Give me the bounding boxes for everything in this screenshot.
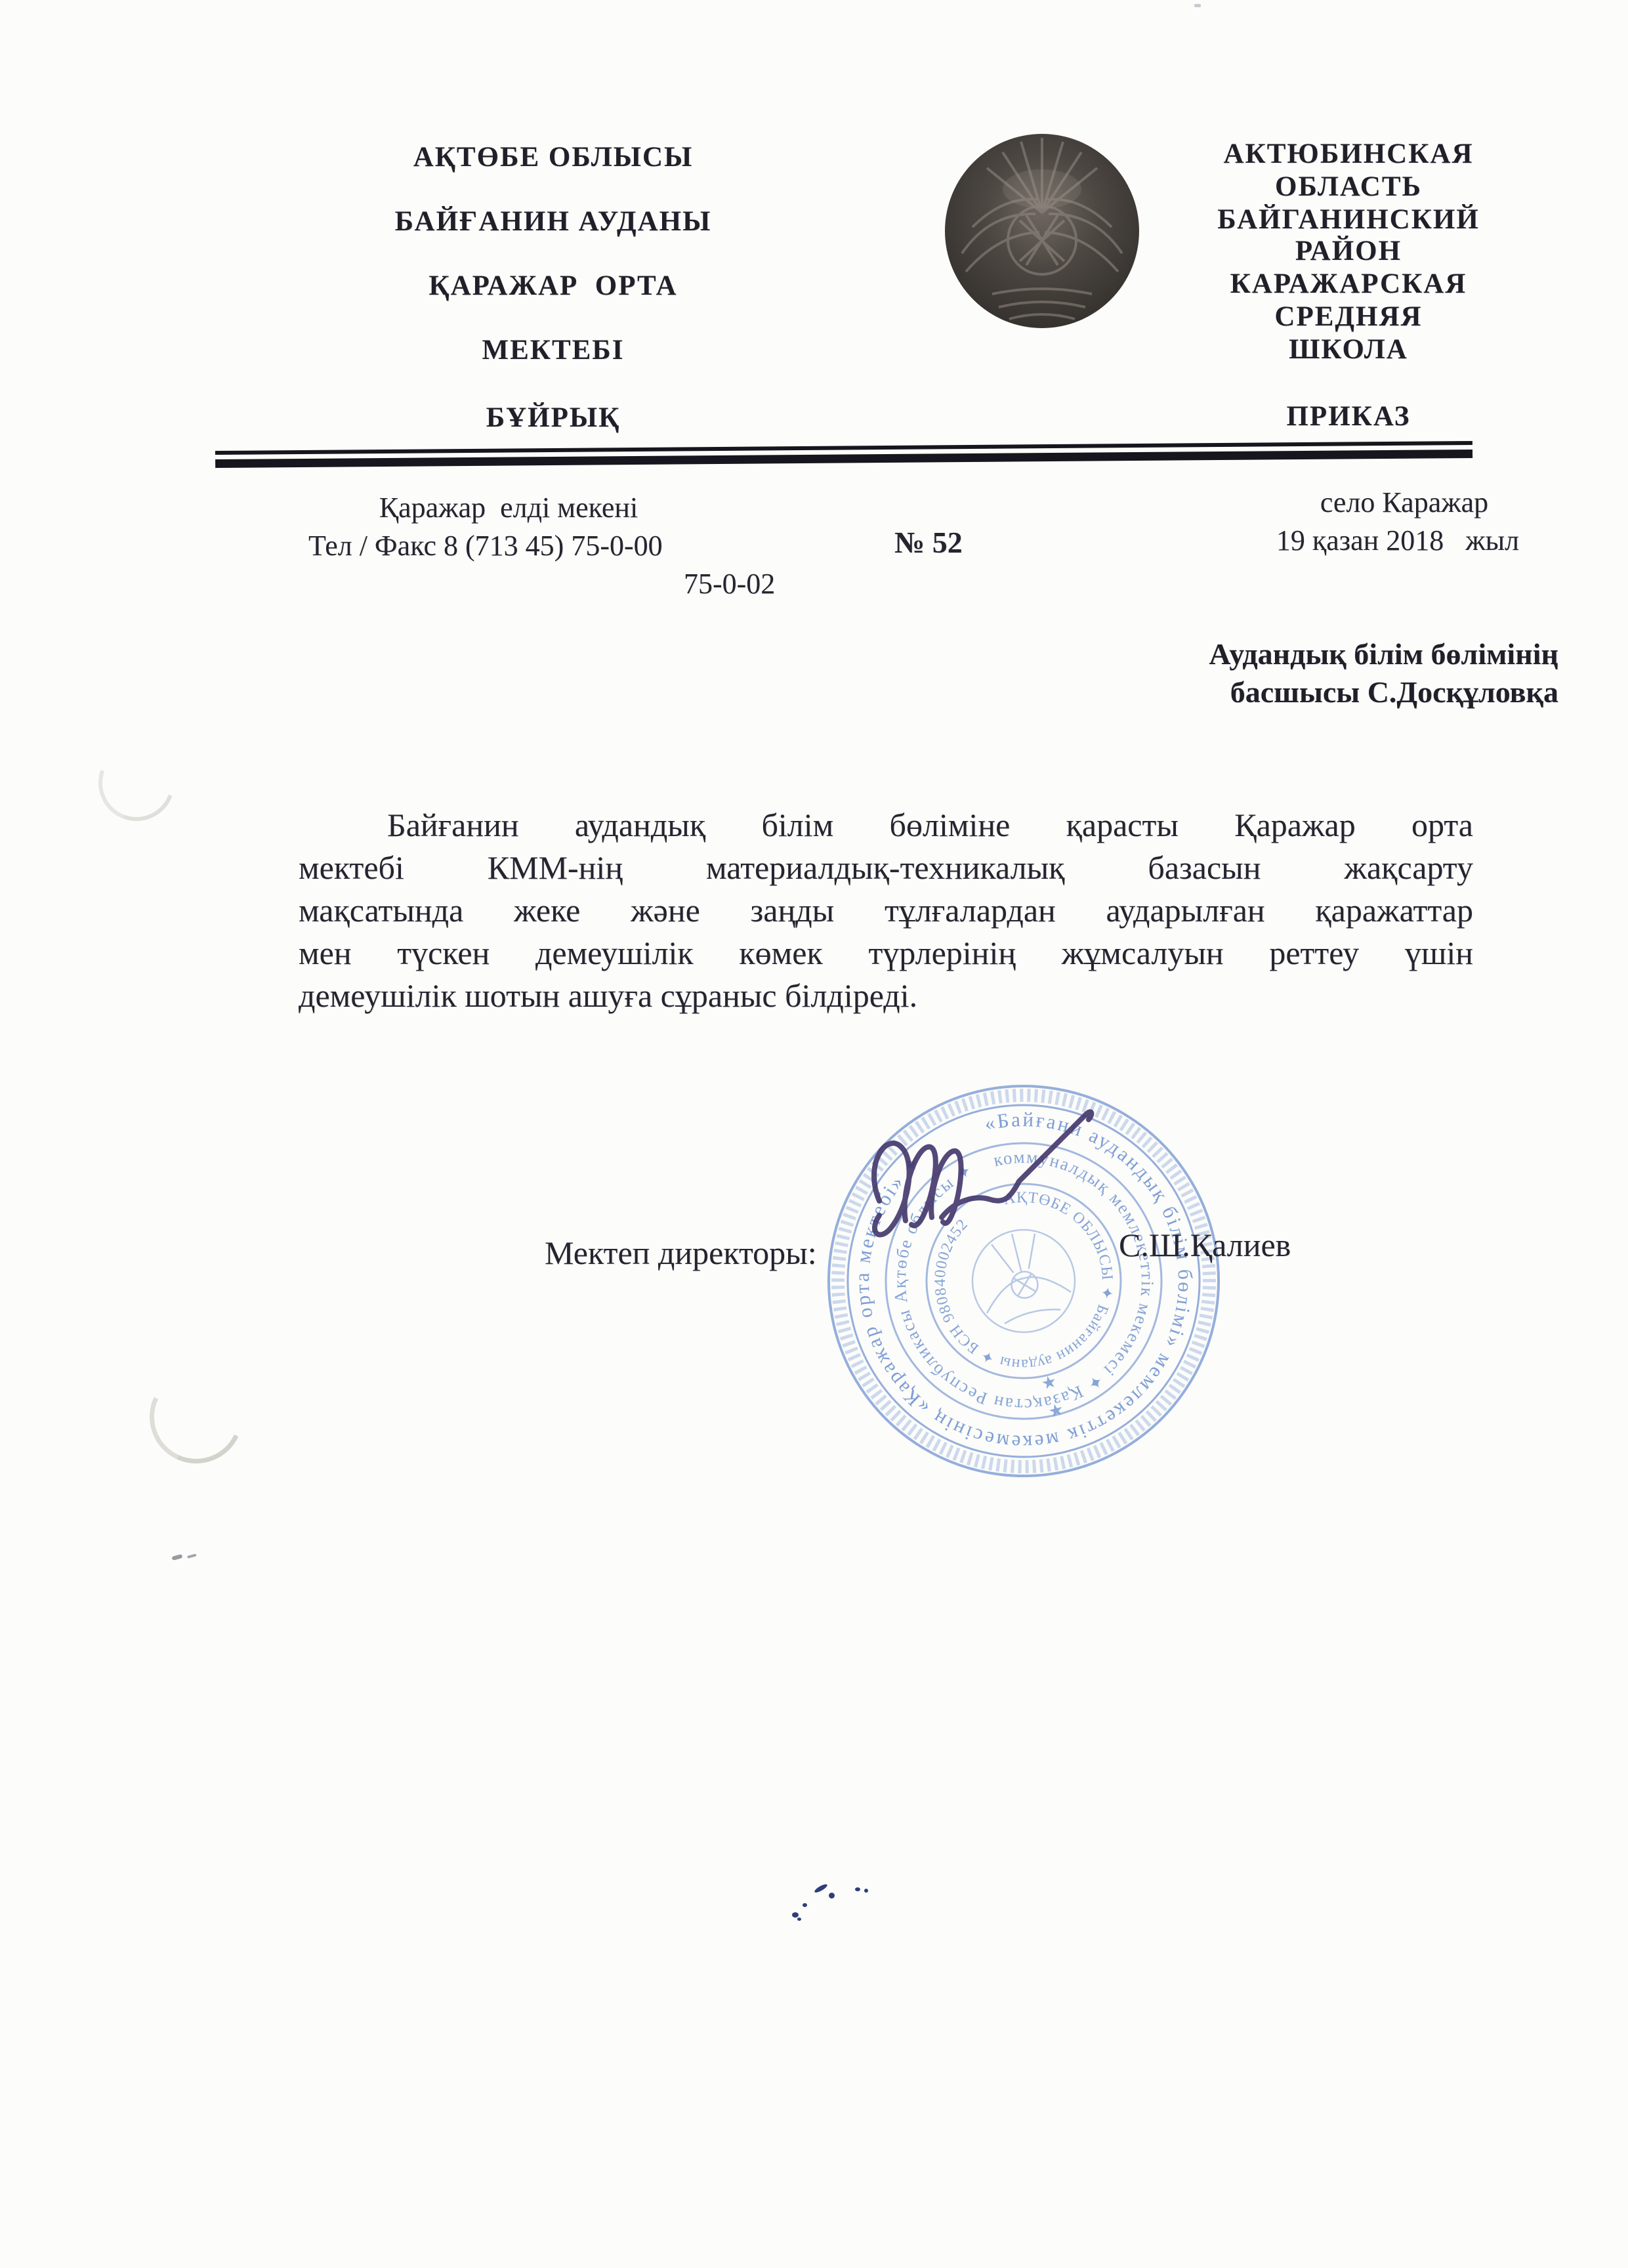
signature-name: С.Ш.Қалиев	[1119, 1226, 1291, 1264]
addressee-line2: басшысы С.Досқұловқа	[1024, 673, 1558, 711]
left-header-order-word: БҰЙРЫҚ	[340, 402, 766, 434]
addressee-block: Аудандық білім бөлімінің басшысы С.Досқұ…	[1024, 635, 1558, 711]
scan-speck-top	[1194, 4, 1201, 7]
right-header-district2: РАЙОН	[1178, 235, 1519, 267]
left-header-district: БАЙҒАНИН АУДАНЫ	[340, 205, 766, 238]
left-header-school1: ҚАРАЖАР ОРТА	[340, 270, 766, 302]
seal-star-1: ★	[1039, 1372, 1059, 1394]
kazakhstan-state-emblem-icon	[944, 129, 1140, 333]
right-header-region2: ОБЛАСТЬ	[1178, 171, 1519, 203]
pencil-mark	[171, 1554, 182, 1561]
scanned-order-document: АҚТӨБЕ ОБЛЫСЫ БАЙҒАНИН АУДАНЫ ҚАРАЖАР ОР…	[0, 0, 1628, 2268]
right-header-school3: ШКОЛА	[1178, 333, 1519, 366]
signature-label: Мектеп директоры:	[545, 1234, 817, 1272]
punch-hole-shadow-1	[86, 732, 187, 833]
right-header-block: АКТЮБИНСКАЯ ОБЛАСТЬ БАЙГАНИНСКИЙ РАЙОН К…	[1178, 128, 1519, 436]
right-header-region1: АКТЮБИНСКАЯ	[1178, 138, 1519, 170]
settlement-kz: Қаражар елді мекені	[299, 491, 719, 524]
order-number: № 52	[894, 525, 963, 560]
punch-hole-shadow-2	[136, 1357, 256, 1477]
left-header-block: АҚТӨБЕ ОБЛЫСЫ БАЙҒАНИН АУДАНЫ ҚАРАЖАР ОР…	[340, 131, 766, 459]
right-header-school2: СРЕДНЯЯ	[1178, 301, 1519, 333]
body-line-3: мақсатында жеке және заңды тұлғалардан а…	[299, 891, 1473, 929]
phone-second-line: 75-0-02	[684, 567, 775, 600]
phone-fax-line: Тел / Факс 8 (713 45) 75-0-00	[308, 529, 663, 562]
director-signature	[843, 1089, 1106, 1273]
right-header-order-word: ПРИКАЗ	[1178, 400, 1519, 432]
left-header-school2: МЕКТЕБІ	[340, 334, 766, 366]
right-header-school1: КАРАЖАРСКАЯ	[1178, 268, 1519, 300]
body-line-4: мен түскен демеушілік көмек түрлерінің ж…	[299, 934, 1473, 972]
ink-specks	[791, 1878, 909, 1924]
body-line-2: мектебі КММ-нің материалдық-техникалық б…	[299, 849, 1473, 887]
order-date: 19 қазан 2018 жыл	[1234, 524, 1562, 557]
left-header-region: АҚТӨБЕ ОБЛЫСЫ	[340, 141, 766, 173]
body-line-5: демеушілік шотын ашуға сұраныс білдіреді…	[299, 976, 1473, 1015]
right-header-district1: БАЙГАНИНСКИЙ	[1178, 203, 1519, 236]
settlement-ru: село Каражар	[1286, 486, 1522, 519]
body-line-1: Байғанин аудандық білім бөліміне қарасты…	[299, 806, 1473, 844]
addressee-line1: Аудандық білім бөлімінің	[1024, 635, 1558, 673]
